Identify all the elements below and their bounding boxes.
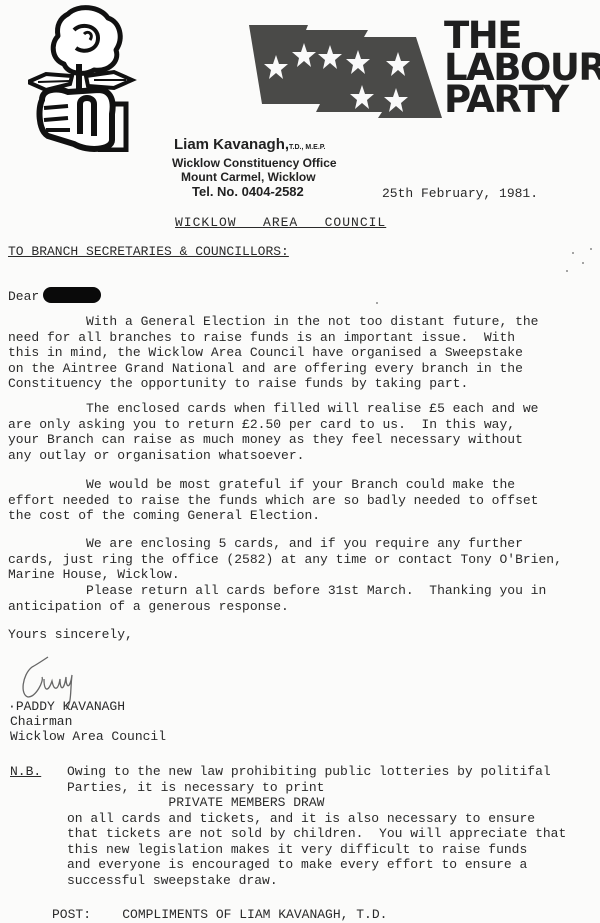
scan-speckle — [572, 252, 574, 254]
sender-address: Mount Carmel, Wicklow — [172, 170, 337, 185]
sender-phone: Tel. No. 0404-2582 — [172, 185, 337, 200]
signatory-name-text: PADDY KAVANAGH — [16, 699, 125, 714]
sender-titles: T.D., M.E.P. — [289, 144, 325, 151]
body-paragraph: We would be most grateful if your Branch… — [8, 477, 539, 524]
addressee-line: TO BRANCH SECRETARIES & COUNCILLORS: — [8, 244, 289, 260]
body-paragraph: We are enclosing 5 cards, and if you req… — [8, 536, 562, 583]
rose-in-fist-icon — [28, 4, 138, 152]
signatory-role: Chairman — [10, 714, 72, 730]
letter-date: 25th February, 1981. — [382, 186, 538, 202]
nb-text: Owing to the new law prohibiting public … — [67, 764, 566, 888]
body-paragraph: With a General Election in the not too d… — [8, 314, 539, 392]
stars-flag-icon — [246, 20, 442, 120]
scan-speckle — [582, 262, 584, 264]
sender-name: Liam Kavanagh, — [174, 136, 289, 153]
sender-office: Wicklow Constituency Office — [172, 156, 337, 171]
body-paragraph: Please return all cards before 31st Marc… — [8, 583, 546, 614]
scan-speckle — [376, 302, 378, 304]
scan-speckle — [590, 248, 592, 250]
post-line: POST: COMPLIMENTS OF LIAM KAVANAGH, T.D. — [52, 907, 387, 923]
scan-speckle — [566, 270, 568, 272]
closing: Yours sincerely, — [8, 627, 133, 643]
redacted-name — [43, 287, 101, 303]
salutation: Dear — [8, 289, 39, 305]
signatory-name: ·PADDY KAVANAGH — [8, 699, 125, 715]
signatory-organisation: Wicklow Area Council — [10, 729, 166, 745]
body-paragraph: The enclosed cards when filled will real… — [8, 401, 539, 463]
nb-label: N.B. — [10, 764, 41, 780]
sender-address-block: Liam Kavanagh,T.D., M.E.P. Wicklow Const… — [172, 138, 337, 199]
council-title: WICKLOW AREA COUNCIL — [175, 215, 386, 231]
party-name: THE LABOUR PARTY — [444, 20, 600, 116]
